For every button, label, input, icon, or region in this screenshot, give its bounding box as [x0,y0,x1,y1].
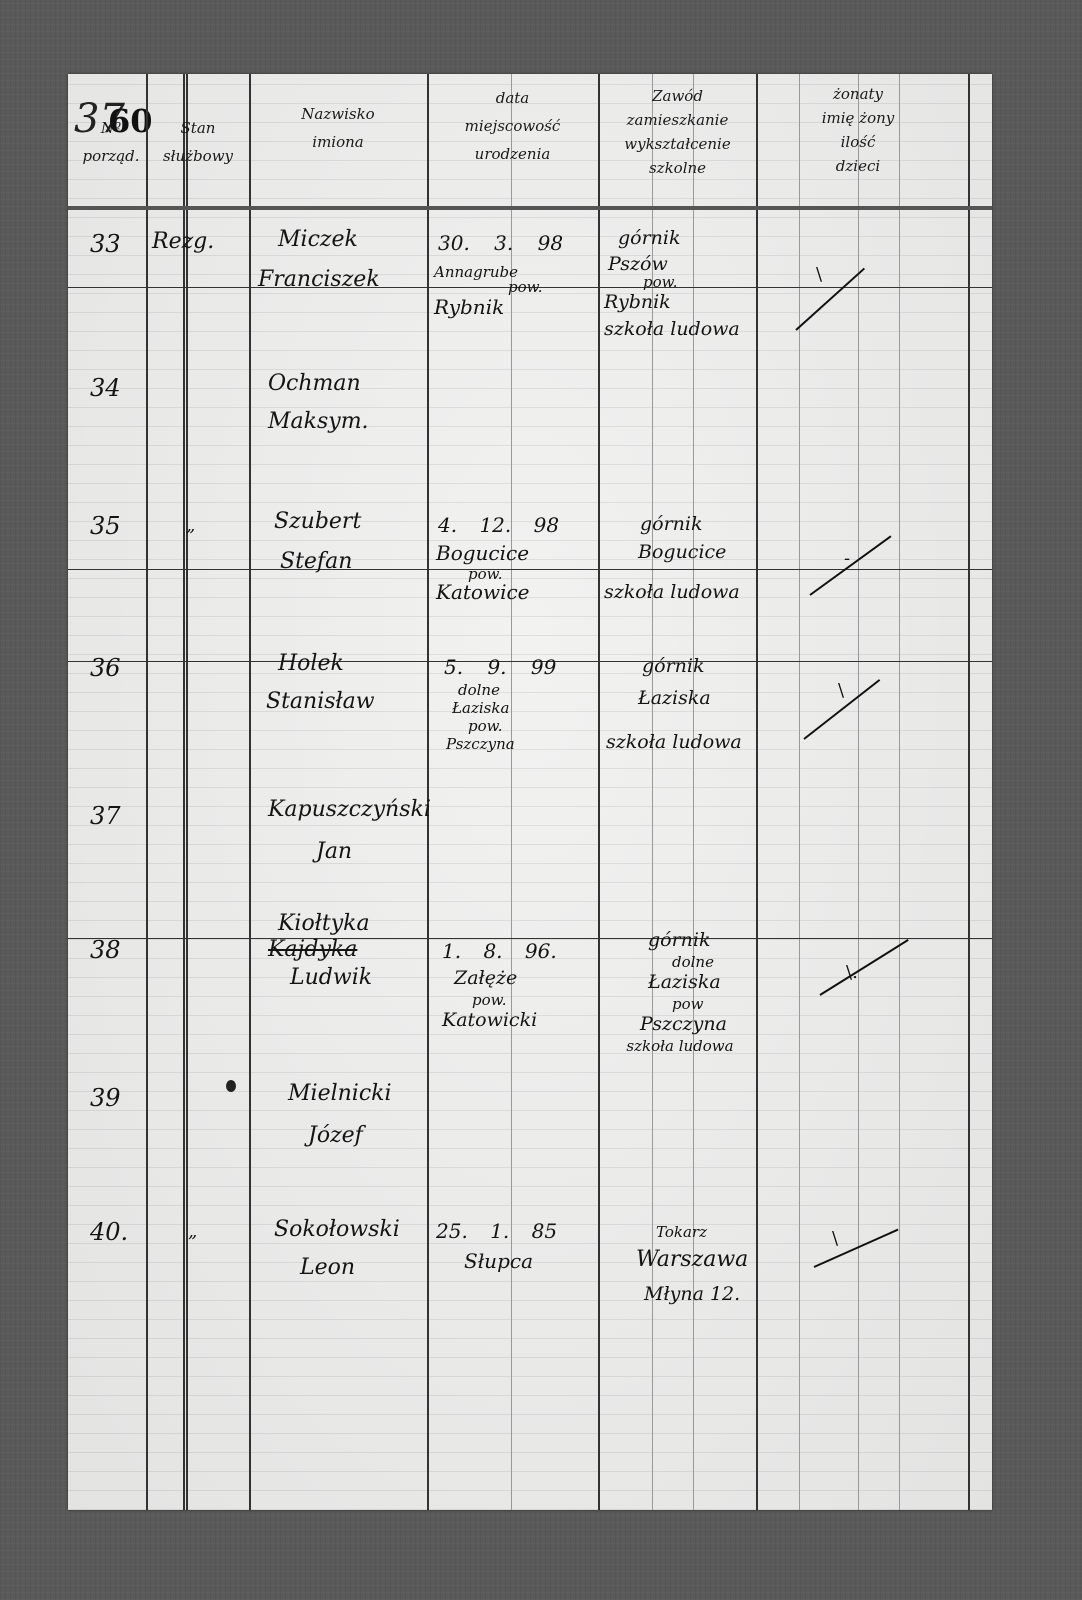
entry-birth-place: Załęże [454,966,517,990]
entry-birth-place: Annagrube [434,262,518,282]
entry-residence: Łaziska [648,970,721,994]
register-page: 37 60 Nº porząd. Stan służbowy Nazwisko … [68,74,992,1510]
family-tick-mark: - [844,548,850,569]
header-separator [68,206,992,210]
entry-surname: Miczek [278,222,358,258]
entry-status: „ [186,508,195,544]
entry-number: 36 [90,654,121,682]
entry-given-name: Stefan [280,544,352,580]
entry-occupation: górnik [640,512,703,536]
entry-given-name: Leon [300,1250,355,1286]
family-slash-mark [814,1229,899,1268]
entry-education: szkoła ludowa [620,1036,740,1056]
entry-number: 35 [90,512,121,540]
entry-given-name: Stanisław [266,684,375,720]
entry-surname: Sokołowski [274,1212,400,1248]
entry-birth-date: 5. 9. 99 [444,654,556,680]
entry-occupation: górnik [648,928,711,952]
entry-residence: Bogucice [638,540,726,564]
entry-residence: dolne [672,952,714,972]
family-tick-mark: \. [846,962,858,983]
header-number: Nº porząd. [76,114,146,170]
entry-occupation: górnik [642,654,705,678]
entry-given-name: Maksym. [268,404,369,440]
entry-birth-place: Rybnik [434,294,504,320]
header-birth: data miejscowość urodzenia [430,84,595,168]
entry-number: 39 [90,1084,121,1112]
entry-surname: Holek [278,646,344,682]
family-slash-mark [809,535,891,595]
entry-residence: pow. [643,272,677,292]
entry-surname: Ochman [268,366,361,402]
entry-given-name: Franciszek [258,262,380,298]
entry-number: 33 [90,230,121,258]
column-divider [598,74,600,1510]
entry-residence: Warszawa [636,1242,748,1278]
column-divider [899,74,900,1510]
entry-occupation: górnik [618,226,681,250]
column-divider [249,74,251,1510]
row-rule [68,569,992,570]
family-tick-mark: \ [838,680,844,701]
entry-residence: Pszczyna [640,1012,727,1036]
column-divider [858,74,859,1510]
entry-residence: pow [672,994,703,1014]
entry-birth-place: Katowicki [442,1008,537,1032]
header-status: Stan służbowy [148,114,248,170]
family-tick-mark: \ [816,264,822,285]
entry-birth-place: dolne [458,680,500,700]
entry-birth-place: Pszczyna [446,734,515,754]
column-divider [186,74,188,1510]
header-occupation: Zawód zamieszkanie wykształcenie szkolne [600,84,755,180]
entry-birth-date: 4. 12. 98 [438,512,559,538]
entry-surname: Kapuszczyński [268,792,431,828]
entry-birth-place: pow. [468,716,502,736]
entry-birth-date: 1. 8. 96. [442,938,557,964]
column-divider [146,74,148,1510]
entry-number: 38 [90,936,121,964]
column-divider [968,74,970,1510]
entry-number: 40. [90,1218,128,1246]
entry-birth-place: pow. [508,277,542,297]
entry-status: „ [188,1214,197,1250]
column-divider [799,74,800,1510]
entry-education: szkoła ludowa [606,730,742,754]
entry-birth-place: pow. [472,990,506,1010]
entry-education: szkoła ludowa [604,317,740,341]
entry-birth-place: Łaziska [452,698,509,718]
entry-birth-place: Bogucice [436,540,529,566]
family-slash-mark [795,268,865,331]
column-divider [183,74,185,1510]
entry-number: 37 [90,802,121,830]
entry-education: Młyna 12. [644,1282,740,1306]
entry-birth-date: 30. 3. 98 [438,230,563,256]
column-divider [756,74,758,1510]
entry-occupation: Tokarz [656,1222,707,1242]
entry-given-name: Józef [308,1118,363,1154]
entry-given-name: Jan [316,834,352,870]
entry-birth-place: Katowice [436,579,530,605]
entry-number: 34 [90,374,121,402]
entry-status: Rezg. [152,224,214,260]
header-family: żonaty imię żony ilość dzieci [763,82,953,178]
family-tick-mark: \ [832,1228,838,1249]
entry-residence: Rybnik [604,290,671,314]
entry-education: szkoła ludowa [604,580,740,604]
family-slash-mark [819,939,908,996]
header-names: Nazwisko imiona [258,100,418,156]
entry-surname: Szubert [274,504,361,540]
ink-blot [226,1080,236,1092]
entry-residence: Łaziska [638,686,711,710]
entry-given-name: Ludwik [290,960,372,996]
entry-birth-date: 25. 1. 85 [436,1218,557,1244]
entry-surname: Mielnicki [288,1076,392,1112]
entry-birth-place: Słupca [464,1248,533,1274]
